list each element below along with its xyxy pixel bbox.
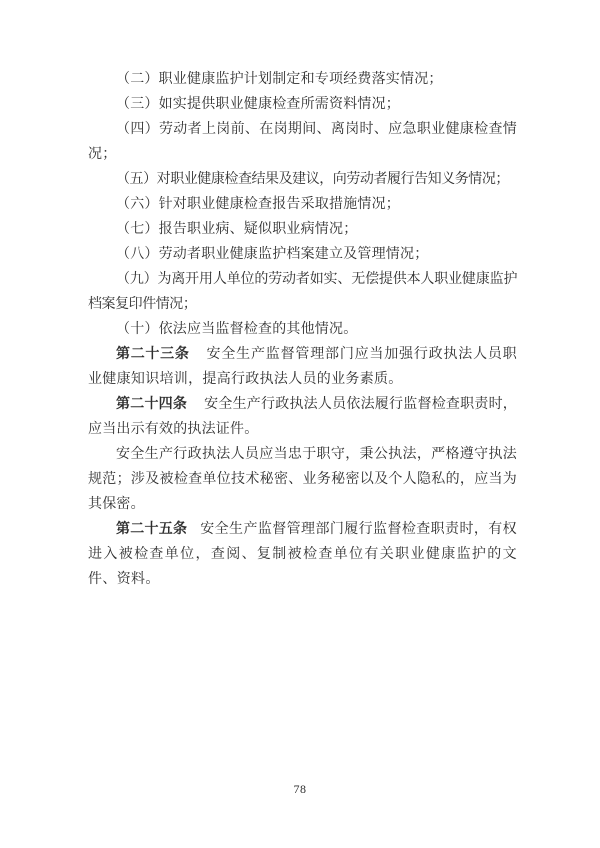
clause-text: （三）如实提供职业健康检查所需资料情况； bbox=[116, 97, 400, 112]
article-text: 安全生产行政执法人员应当忠于职守，秉公执法，严格遵守执法规范；涉及被检查单位技术… bbox=[88, 447, 517, 512]
article-25: 第二十五条安全生产监督管理部门履行监督检查职责时，有权进入被检查单位，查阅、复制… bbox=[88, 517, 517, 592]
article-number: 第二十三条 bbox=[116, 347, 190, 362]
clause-text: （九）为离开用人单位的劳动者如实、无偿提供本人职业健康监护档案复印件情况； bbox=[88, 272, 517, 312]
clause-text: （七）报告职业病、疑似职业病情况； bbox=[116, 222, 357, 237]
clause-7: （七）报告职业病、疑似职业病情况； bbox=[88, 217, 517, 242]
article-number: 第二十五条 bbox=[116, 522, 187, 537]
clause-4: （四）劳动者上岗前、在岗期间、离岗时、应急职业健康检查情况； bbox=[88, 117, 517, 167]
clause-text: （五）对职业健康检查结果及建议，向劳动者履行告知义务情况； bbox=[116, 172, 509, 187]
clause-6: （六）针对职业健康检查报告采取措施情况； bbox=[88, 192, 517, 217]
article-23: 第二十三条安全生产监督管理部门应当加强行政执法人员职业健康知识培训，提高行政执法… bbox=[88, 342, 517, 392]
clause-10: （十）依法应当监督检查的其他情况。 bbox=[88, 317, 517, 342]
clause-5: （五）对职业健康检查结果及建议，向劳动者履行告知义务情况； bbox=[88, 167, 517, 192]
clause-text: （二）职业健康监护计划制定和专项经费落实情况； bbox=[116, 72, 443, 87]
clause-text: （四）劳动者上岗前、在岗期间、离岗时、应急职业健康检查情况； bbox=[88, 122, 517, 162]
page-number: 78 bbox=[0, 782, 600, 797]
clause-3: （三）如实提供职业健康检查所需资料情况； bbox=[88, 92, 517, 117]
clause-8: （八）劳动者职业健康监护档案建立及管理情况； bbox=[88, 242, 517, 267]
page-body: （二）职业健康监护计划制定和专项经费落实情况； （三）如实提供职业健康检查所需资… bbox=[88, 67, 517, 592]
article-24-paragraph-2: 安全生产行政执法人员应当忠于职守，秉公执法，严格遵守执法规范；涉及被检查单位技术… bbox=[88, 442, 517, 517]
article-24: 第二十四条安全生产行政执法人员依法履行监督检查职责时，应当出示有效的执法证件。 bbox=[88, 392, 517, 442]
article-number: 第二十四条 bbox=[116, 397, 187, 412]
clause-2: （二）职业健康监护计划制定和专项经费落实情况； bbox=[88, 67, 517, 92]
document-page: （二）职业健康监护计划制定和专项经费落实情况； （三）如实提供职业健康检查所需资… bbox=[0, 0, 600, 848]
clause-text: （十）依法应当监督检查的其他情况。 bbox=[116, 322, 357, 337]
clause-text: （八）劳动者职业健康监护档案建立及管理情况； bbox=[116, 247, 428, 262]
clause-text: （六）针对职业健康检查报告采取措施情况； bbox=[116, 197, 400, 212]
clause-9: （九）为离开用人单位的劳动者如实、无偿提供本人职业健康监护档案复印件情况； bbox=[88, 267, 517, 317]
